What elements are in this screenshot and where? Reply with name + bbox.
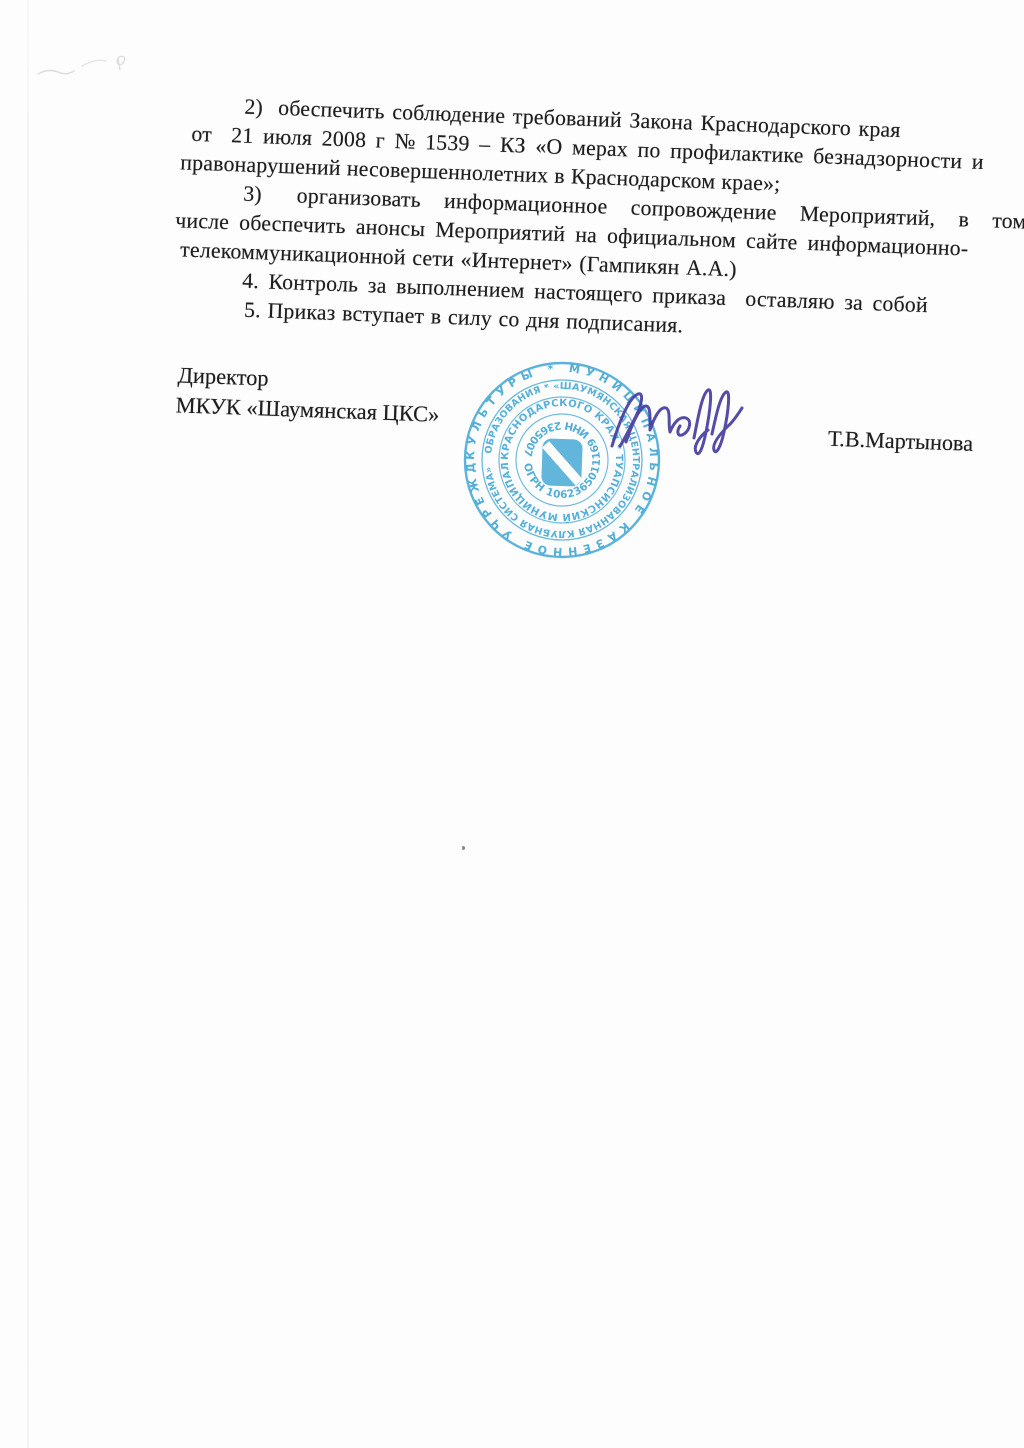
signer-role-title: Директор: [177, 362, 269, 391]
scan-edge-line: [27, 0, 29, 1448]
scan-speck: [462, 846, 465, 850]
signature-stroke: [612, 390, 742, 454]
stamp-center-emblem: [541, 438, 583, 486]
handwritten-signature: [596, 364, 752, 476]
signer-organization: МКУК «Шаумянская ЦКС»: [175, 392, 439, 427]
signer-name: Т.В.Мартынова: [827, 426, 973, 457]
pencil-smudge: [30, 46, 160, 90]
scanned-order-page: 2) обеспечить соблюдение требований Зако…: [0, 0, 1024, 1448]
